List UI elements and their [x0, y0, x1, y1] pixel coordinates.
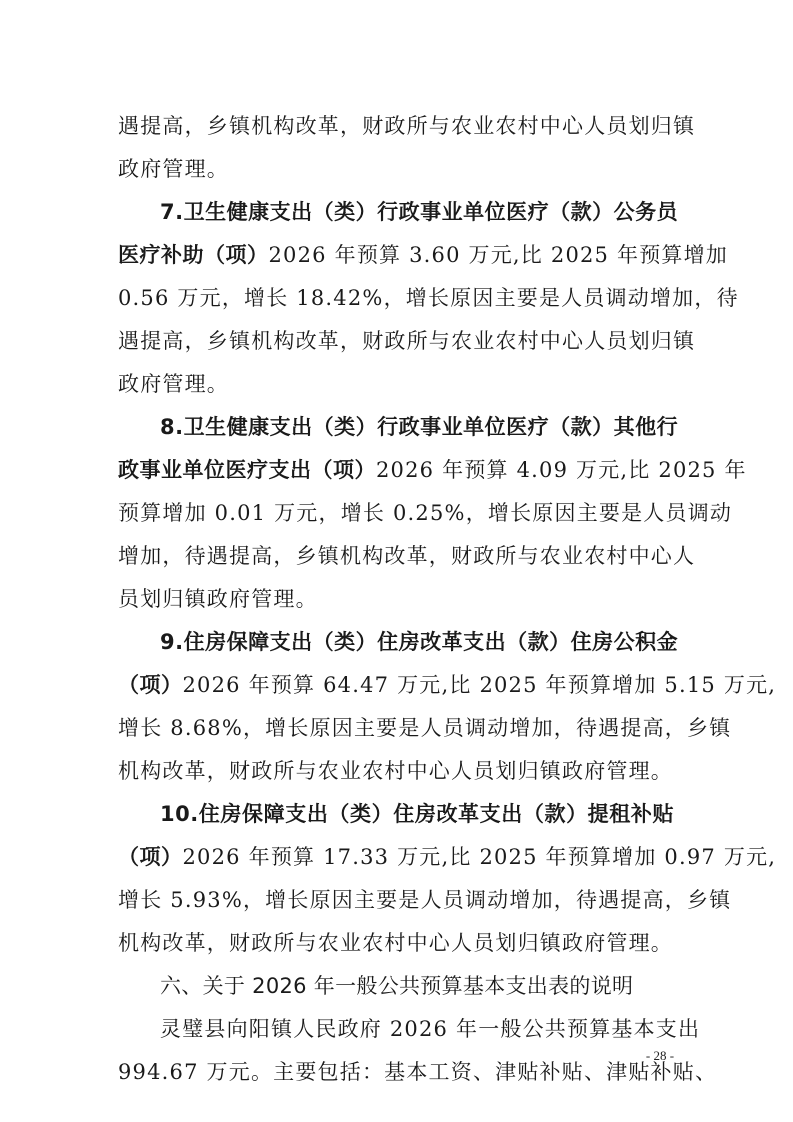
item-8-title: 8.卫生健康支出（类）行政事业单位医疗（款）其他行 — [160, 413, 674, 441]
paragraph-line: 机构改革，财政所与农业农村中心人员划归镇政府管理。 — [118, 929, 674, 957]
paragraph-line: 遇提高，乡镇机构改革，财政所与农业农村中心人员划归镇 — [118, 327, 674, 355]
paragraph-line: 员划归镇政府管理。 — [118, 585, 674, 613]
paragraph-line: 增长 8.68%，增长原因主要是人员调动增加，待遇提高，乡镇 — [118, 714, 674, 742]
paragraph-line: 灵璧县向阳镇人民政府 2026 年一般公共预算基本支出 — [160, 1015, 674, 1043]
item-10-line: （项）2026 年预算 17.33 万元,比 2025 年预算增加 0.97 万… — [118, 843, 674, 871]
item-7-title-cont: 医疗补助（项） — [118, 243, 269, 267]
page-number: - 28 - — [620, 1048, 700, 1064]
paragraph-line: 预算增加 0.01 万元，增长 0.25%，增长原因主要是人员调动 — [118, 499, 674, 527]
item-10-text: 2026 年预算 17.33 万元,比 2025 年预算增加 0.97 万元, — [183, 845, 777, 869]
paragraph-line: 增长 5.93%，增长原因主要是人员调动增加，待遇提高，乡镇 — [118, 886, 674, 914]
item-8-title-cont: 政事业单位医疗支出（项） — [118, 458, 376, 482]
paragraph-line: 机构改革，财政所与农业农村中心人员划归镇政府管理。 — [118, 757, 674, 785]
item-9-text: 2026 年预算 64.47 万元,比 2025 年预算增加 5.15 万元, — [183, 673, 777, 697]
item-8-line: 政事业单位医疗支出（项）2026 年预算 4.09 万元,比 2025 年 — [118, 456, 674, 484]
paragraph-line: 增加，待遇提高，乡镇机构改革，财政所与农业农村中心人 — [118, 542, 674, 570]
item-7-line: 医疗补助（项）2026 年预算 3.60 万元,比 2025 年预算增加 — [118, 241, 674, 269]
paragraph-line: 0.56 万元，增长 18.42%，增长原因主要是人员调动增加，待 — [118, 284, 674, 312]
item-9-line: （项）2026 年预算 64.47 万元,比 2025 年预算增加 5.15 万… — [118, 671, 674, 699]
paragraph-line: 994.67 万元。主要包括：基本工资、津贴补贴、津贴补贴、 — [118, 1058, 674, 1086]
item-10-title: 10.住房保障支出（类）住房改革支出（款）提租补贴 — [160, 800, 674, 828]
item-9-title-cont: （项） — [118, 673, 183, 697]
item-7-text: 2026 年预算 3.60 万元,比 2025 年预算增加 — [269, 243, 729, 267]
section-heading: 六、关于 2026 年一般公共预算基本支出表的说明 — [160, 972, 674, 1000]
item-7-title: 7.卫生健康支出（类）行政事业单位医疗（款）公务员 — [160, 198, 674, 226]
item-10-title-cont: （项） — [118, 845, 183, 869]
paragraph-line: 政府管理。 — [118, 155, 674, 183]
paragraph-line: 政府管理。 — [118, 370, 674, 398]
paragraph-line: 遇提高，乡镇机构改革，财政所与农业农村中心人员划归镇 — [118, 112, 674, 140]
item-9-title: 9.住房保障支出（类）住房改革支出（款）住房公积金 — [160, 628, 674, 656]
document-page: 遇提高，乡镇机构改革，财政所与农业农村中心人员划归镇 政府管理。 7.卫生健康支… — [0, 0, 793, 1122]
item-8-text: 2026 年预算 4.09 万元,比 2025 年 — [376, 458, 747, 482]
